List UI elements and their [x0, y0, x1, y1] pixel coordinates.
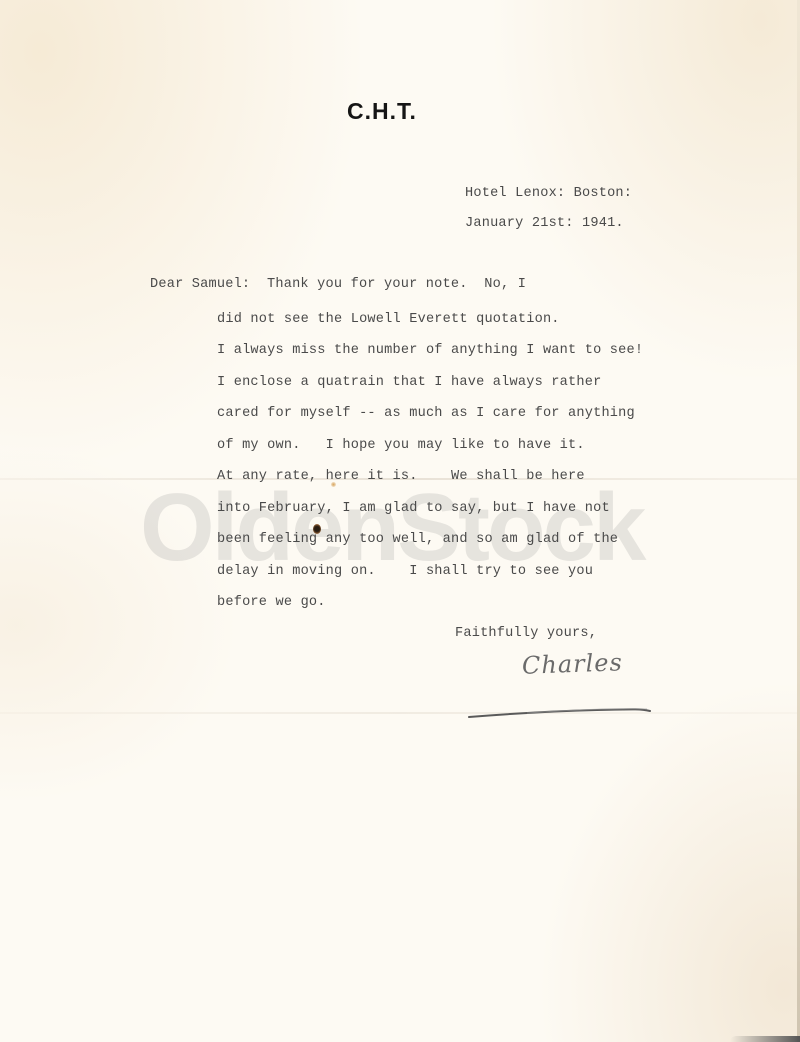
body-line: before we go. [217, 595, 326, 610]
handwritten-signature: Charles [522, 648, 624, 680]
body-line: delay in moving on. I shall try to see y… [217, 564, 593, 579]
salutation: Dear Samuel: Thank you for your note. No… [150, 277, 526, 292]
body-line: into February, I am glad to say, but I h… [217, 501, 610, 516]
ink-stain [313, 524, 321, 534]
paper-fold-line-lower [0, 712, 800, 714]
age-spot [331, 482, 336, 487]
letterhead-monogram: C.H.T. [347, 98, 417, 125]
body-line: I always miss the number of anything I w… [217, 343, 643, 358]
watermark: OldenStock [140, 480, 643, 576]
body-line: of my own. I hope you may like to have i… [217, 438, 585, 453]
closing: Faithfully yours, [455, 626, 597, 641]
address-line-1: Hotel Lenox: Boston: [465, 186, 632, 201]
body-line: At any rate, here it is. We shall be her… [217, 469, 585, 484]
signature-flourish [467, 705, 652, 719]
date-line: January 21st: 1941. [465, 216, 624, 231]
paper-corner-shadow [730, 1036, 800, 1042]
body-line: I enclose a quatrain that I have always … [217, 375, 601, 390]
body-line: been feeling any too well, and so am gla… [217, 532, 618, 547]
body-line: cared for myself -- as much as I care fo… [217, 406, 635, 421]
body-line: did not see the Lowell Everett quotation… [217, 312, 560, 327]
